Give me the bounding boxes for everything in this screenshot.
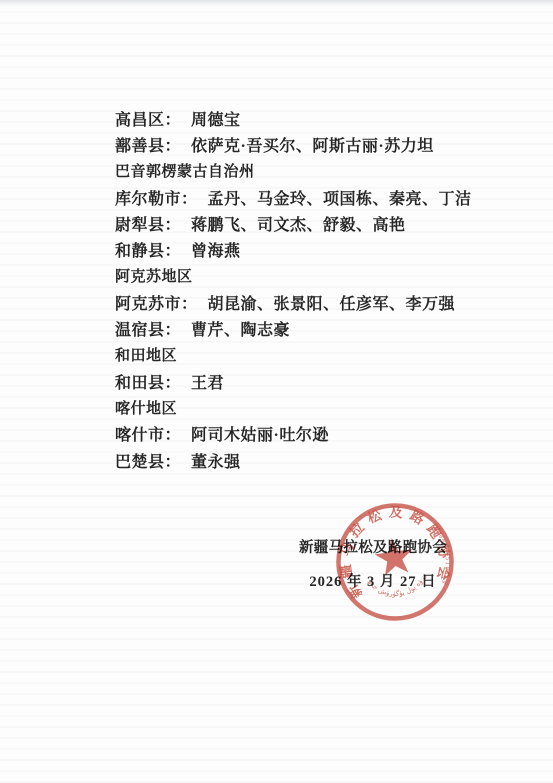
entry-region-label: 温宿县： (115, 317, 181, 340)
entry-region-label: 库尔勒市： (115, 186, 198, 209)
entry-names: 依萨克·吾买尔、阿斯古丽·苏力坦 (191, 133, 434, 156)
entry-region-label: 和静县： (115, 238, 181, 261)
entry-region-label: 阿克苏市： (115, 291, 198, 314)
entry-region-label: 鄯善县： (115, 133, 181, 156)
entry-names: 曾海燕 (191, 238, 241, 261)
entry-region-label: 喀什市： (115, 422, 181, 445)
entry-names: 胡昆渝、张景阳、任彦军、李万强 (208, 291, 456, 314)
entry-region-label: 尉犁县： (115, 212, 181, 235)
document-page: 高昌区：周德宝鄯善县：依萨克·吾买尔、阿斯古丽·苏力坦巴音郭楞蒙古自治州库尔勒市… (0, 0, 553, 783)
region-header: 和田地区 (115, 342, 523, 368)
region-header: 喀什地区 (115, 394, 523, 420)
entry-names: 董永强 (191, 449, 241, 472)
entry-region-label: 高昌区： (115, 107, 181, 130)
roster-entry: 鄯善县：依萨克·吾买尔、阿斯古丽·苏力坦 (115, 131, 523, 157)
roster-entry: 尉犁县：蒋鹏飞、司文杰、舒毅、高艳 (115, 210, 523, 236)
roster-entry: 库尔勒市：孟丹、马金玲、项国栋、秦亮、丁洁 (115, 184, 523, 210)
entry-names: 孟丹、马金玲、项国栋、秦亮、丁洁 (208, 186, 472, 209)
entry-names: 周德宝 (191, 107, 241, 130)
roster-entry: 和静县：曾海燕 (115, 236, 523, 262)
entry-region-label: 和田县： (115, 370, 181, 393)
entry-names: 阿司木姑丽·吐尔逊 (191, 422, 329, 445)
roster-entry: 和田县：王君 (115, 368, 523, 394)
roster-entry: 巴楚县：董永强 (115, 447, 523, 473)
entry-names: 王君 (191, 370, 224, 393)
entry-region-label: 巴楚县： (115, 449, 181, 472)
entry-names: 蒋鹏飞、司文杰、舒毅、高艳 (191, 212, 406, 235)
roster-entry: 阿克苏市：胡昆渝、张景阳、任彦军、李万强 (115, 289, 523, 315)
signature-org: 新疆马拉松及路跑协会 (283, 536, 463, 557)
region-header: 阿克苏地区 (115, 263, 523, 289)
roster-entry: 温宿县：曹芹、陶志豪 (115, 315, 523, 341)
signature-block: 新疆马拉松及路跑协会 2026 年 3 月 27 日 (283, 536, 463, 591)
entry-names: 曹芹、陶志豪 (191, 317, 290, 340)
roster-entry: 高昌区：周德宝 (115, 105, 523, 131)
region-header: 巴音郭楞蒙古自治州 (115, 158, 523, 184)
roster-list: 高昌区：周德宝鄯善县：依萨克·吾买尔、阿斯古丽·苏力坦巴音郭楞蒙古自治州库尔勒市… (115, 105, 523, 473)
roster-entry: 喀什市：阿司木姑丽·吐尔逊 (115, 421, 523, 447)
signature-date: 2026 年 3 月 27 日 (283, 570, 463, 591)
